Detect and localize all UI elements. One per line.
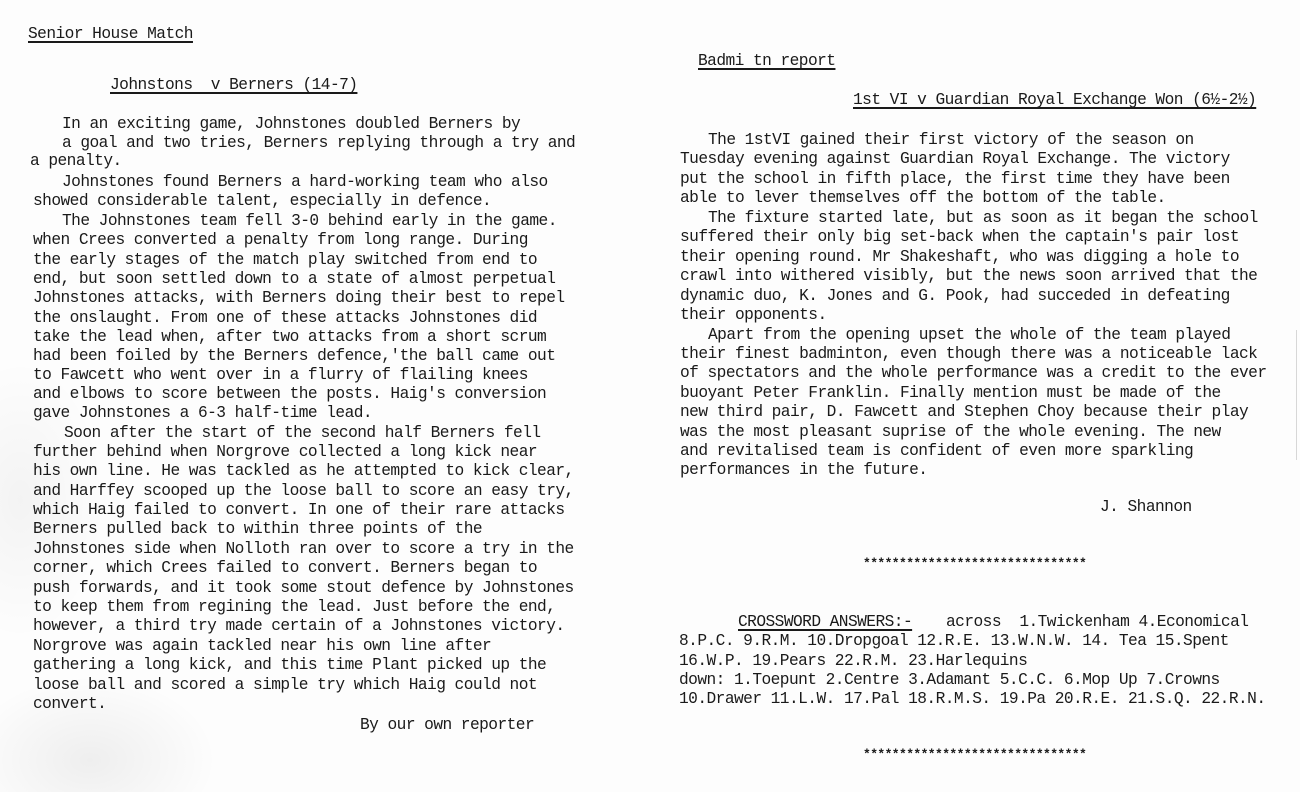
- text-line: Apart from the opening upset the whole o…: [708, 326, 1230, 345]
- text-line: Berners pulled back to within three poin…: [33, 520, 482, 539]
- text-line: to Fawcett who went over in a flurry of …: [33, 366, 528, 385]
- text-line: buoyant Peter Franklin. Finally mention …: [680, 384, 1221, 403]
- text-line: had been foiled by the Berners defence,'…: [33, 347, 555, 366]
- text-line: able to lever themselves off the bottom …: [680, 189, 1166, 208]
- crossword-line: 8.P.C. 9.R.M. 10.Dropgoal 12.R.E. 13.W.N…: [679, 632, 1229, 651]
- text-line: performances in the future.: [680, 461, 927, 480]
- text-line: take the lead when, after two attacks fr…: [33, 328, 546, 347]
- text-line: Tuesday evening against Guardian Royal E…: [680, 150, 1230, 169]
- text-line: end, but soon settled down to a state of…: [33, 270, 555, 289]
- text-line: their finest badminton, even though ther…: [680, 345, 1257, 364]
- text-line: Soon after the start of the second half …: [64, 424, 541, 443]
- crossword-line: 10.Drawer 11.L.W. 17.Pal 18.R.M.S. 19.Pa…: [679, 690, 1266, 709]
- match-title: Johnstons v Berners (14-7): [110, 76, 357, 95]
- text-line: crawl into withered visibly, but the new…: [680, 267, 1257, 286]
- text-line: their opponents.: [680, 306, 827, 325]
- text-line: put the school in fifth place, the first…: [680, 170, 1230, 189]
- crossword-heading: CROSSWORD ANSWERS:-: [738, 613, 912, 632]
- text-line: Johnstones found Berners a hard-working …: [62, 173, 548, 192]
- divider-top: *******************************: [863, 556, 1086, 571]
- text-line: gathering a long kick, and this time Pla…: [33, 656, 546, 675]
- senior-house-match-article: Senior House Match Johnstons v Berners (…: [0, 0, 640, 792]
- text-line: the onslaught. From one of these attacks…: [33, 309, 537, 328]
- text-line: dynamic duo, K. Jones and G. Pook, had s…: [680, 287, 1230, 306]
- text-line: his own line. He was tackled as he attem…: [33, 462, 574, 481]
- section-title: Badmi tn report: [698, 52, 835, 71]
- scanned-newsletter-page: Senior House Match Johnstons v Berners (…: [0, 0, 1300, 792]
- text-line: suffered their only big set-back when th…: [680, 228, 1239, 247]
- divider-bottom: *******************************: [863, 747, 1086, 762]
- text-line: was the most pleasant suprise of the who…: [680, 423, 1221, 442]
- text-line: which Haig failed to convert. In one of …: [33, 501, 565, 520]
- section-title: Senior House Match: [28, 25, 193, 44]
- text-line: Johnstones attacks, with Berners doing t…: [33, 289, 565, 308]
- text-line: when Crees converted a penalty from long…: [33, 231, 528, 250]
- text-line: further behind when Norgrove collected a…: [33, 443, 537, 462]
- text-line: new third pair, D. Fawcett and Stephen C…: [680, 403, 1248, 422]
- text-line: and revitalised team is confident of eve…: [680, 442, 1193, 461]
- text-line: their opening round. Mr Shakeshaft, who …: [680, 248, 1239, 267]
- text-line: convert.: [33, 695, 106, 714]
- text-line: Johnstones side when Nolloth ran over to…: [33, 540, 574, 559]
- text-line: and elbows to score between the posts. H…: [33, 385, 546, 404]
- byline: J. Shannon: [1100, 498, 1192, 517]
- text-line: the early stages of the match play switc…: [33, 251, 537, 270]
- crossword-line: down: 1.Toepunt 2.Centre 3.Adamant 5.C.C…: [679, 671, 1220, 690]
- text-line: loose ball and scored a simple try which…: [33, 676, 537, 695]
- crossword-line: 16.W.P. 19.Pears 22.R.M. 23.Harlequins: [679, 652, 1027, 671]
- match-title: 1st VI v Guardian Royal Exchange Won (6½…: [853, 91, 1256, 110]
- text-line: and Harffey scooped up the loose ball to…: [33, 482, 574, 501]
- byline: By our own reporter: [360, 716, 534, 735]
- text-line: a penalty.: [30, 152, 122, 171]
- text-line: corner, which Crees failed to convert. B…: [33, 559, 537, 578]
- text-line: The 1stVI gained their first victory of …: [708, 131, 1194, 150]
- scan-edge-line: [1296, 330, 1297, 460]
- text-line: showed considerable talent, especially i…: [33, 192, 491, 211]
- text-line: to keep them from regining the lead. Jus…: [33, 598, 555, 617]
- text-line: of spectators and the whole performance …: [680, 364, 1267, 383]
- badminton-report-article: Badmi tn report 1st VI v Guardian Royal …: [650, 0, 1300, 792]
- text-line: The Johnstones team fell 3-0 behind earl…: [62, 212, 557, 231]
- text-line: The fixture started late, but as soon as…: [708, 209, 1258, 228]
- text-line: a goal and two tries, Berners replying t…: [62, 134, 575, 153]
- text-line: however, a third try made certain of a J…: [33, 617, 565, 636]
- crossword-line: across 1.Twickenham 4.Economical: [946, 613, 1248, 632]
- text-line: push forwards, and it took some stout de…: [33, 579, 574, 598]
- text-line: In an exciting game, Johnstones doubled …: [62, 115, 520, 134]
- text-line: Norgrove was again tackled near his own …: [33, 637, 491, 656]
- text-line: gave Johnstones a 6-3 half-time lead.: [33, 404, 372, 423]
